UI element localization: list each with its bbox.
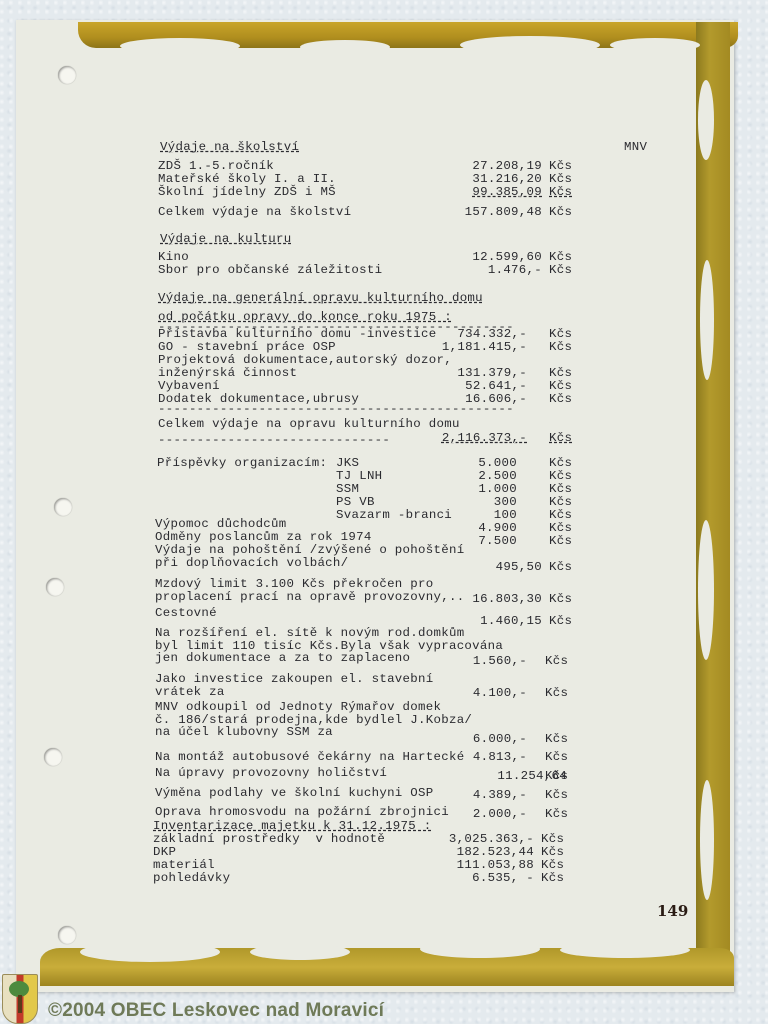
row-currency: Kčs	[549, 522, 572, 535]
expense-label: Na rozšíření el. sítě k novým rod.domkům	[155, 627, 464, 640]
office-label: MNV	[624, 141, 647, 154]
row-amount: 495,50	[0, 561, 542, 574]
row-amount: 4.100,-	[0, 687, 527, 700]
row-currency: Kčs	[549, 328, 572, 341]
row-amount: 111.053,88	[0, 859, 534, 872]
row-currency: Kčs	[549, 186, 572, 199]
row-amount: 1.000	[0, 483, 517, 496]
row-amount: 16.803,30	[0, 593, 542, 606]
section-title: Výdaje na generální opravu kulturního do…	[158, 292, 483, 305]
row-currency: Kčs	[549, 251, 572, 264]
row-currency: Kčs	[549, 341, 572, 354]
row-currency: Kčs	[549, 561, 572, 574]
row-currency: Kčs	[549, 380, 572, 393]
row-currency: Kčs	[545, 770, 568, 783]
row-amount: 4.389,-	[0, 789, 527, 802]
row-amount: 300	[0, 496, 517, 509]
row-currency: Kčs	[549, 393, 572, 406]
row-amount: 1.476,-	[0, 264, 542, 277]
row-currency: Kčs	[545, 655, 568, 668]
row-amount: 99.385,09	[0, 186, 542, 199]
section-title: Výdaje na školství	[160, 141, 299, 154]
section-title: Inventarizace majetku k 31.12.1975 :	[153, 820, 431, 833]
row-amount: 31.216,20	[0, 173, 542, 186]
total-label: Celkem výdaje na opravu kulturního domu	[158, 418, 460, 431]
row-amount: 734.332,-	[0, 328, 527, 341]
row-amount: 27.208,19	[0, 160, 542, 173]
row-currency: Kčs	[541, 859, 564, 872]
row-amount: 6.000,-	[0, 733, 527, 746]
coat-of-arms-icon	[2, 974, 38, 1024]
row-currency: Kčs	[545, 808, 568, 821]
row-amount: 1,181.415,-	[0, 341, 527, 354]
copyright-footer: ©2004 OBEC Leskovec nad Moravicí	[48, 1000, 384, 1022]
row-amount: 52.641,-	[0, 380, 527, 393]
row-currency: Kčs	[545, 687, 568, 700]
row-currency: Kčs	[545, 789, 568, 802]
row-currency: Kčs	[549, 509, 572, 522]
row-currency: Kčs	[545, 733, 568, 746]
row-amount: 2.500	[0, 470, 517, 483]
expense-label: Jako investice zakoupen el. stavební	[155, 673, 433, 686]
row-currency: Kčs	[549, 206, 572, 219]
row-amount: 11.254,64	[0, 770, 567, 783]
row-currency: Kčs	[549, 160, 572, 173]
page-number: 149	[657, 902, 688, 920]
row-amount: 2,116.373,-	[0, 432, 527, 445]
row-currency: Kčs	[549, 593, 572, 606]
expense-label: Mzdový limit 3.100 Kčs překročen pro	[155, 578, 433, 591]
row-amount: 157.809,48	[0, 206, 542, 219]
row-amount: 12.599,60	[0, 251, 542, 264]
row-currency: Kčs	[541, 872, 564, 885]
row-currency: Kčs	[549, 483, 572, 496]
row-currency: Kčs	[549, 367, 572, 380]
row-currency: Kčs	[545, 751, 568, 764]
row-currency: Kčs	[541, 833, 564, 846]
row-currency: Kčs	[549, 173, 572, 186]
row-currency: Kčs	[549, 615, 572, 628]
row-label: Projektová dokumentace,autorský dozor,	[158, 354, 452, 367]
row-amount: 3,025.363,-	[0, 833, 534, 846]
divider: ----------------------------------------…	[158, 403, 514, 416]
row-amount: 1.560,-	[0, 655, 527, 668]
row-amount: 131.379,-	[0, 367, 527, 380]
row-currency: Kčs	[549, 535, 572, 548]
row-currency: Kčs	[549, 457, 572, 470]
typed-document: Výdaje na školství MNV ZDŠ 1.-5.ročník27…	[0, 0, 768, 1024]
row-currency: Kčs	[549, 264, 572, 277]
row-currency: Kčs	[549, 496, 572, 509]
expense-label: Výdaje na pohoštění /zvýšené o pohoštění	[155, 544, 464, 557]
row-currency: Kčs	[541, 846, 564, 859]
section-title: Výdaje na kulturu	[160, 233, 292, 246]
row-currency: Kčs	[549, 470, 572, 483]
row-currency: Kčs	[549, 432, 572, 445]
row-amount: 6.535, -	[0, 872, 534, 885]
expense-label: MNV odkoupil od Jednoty Rýmařov domek	[155, 701, 441, 714]
row-amount: 182.523,44	[0, 846, 534, 859]
row-amount: 4.813,-	[0, 751, 527, 764]
row-amount: 5.000	[0, 457, 517, 470]
